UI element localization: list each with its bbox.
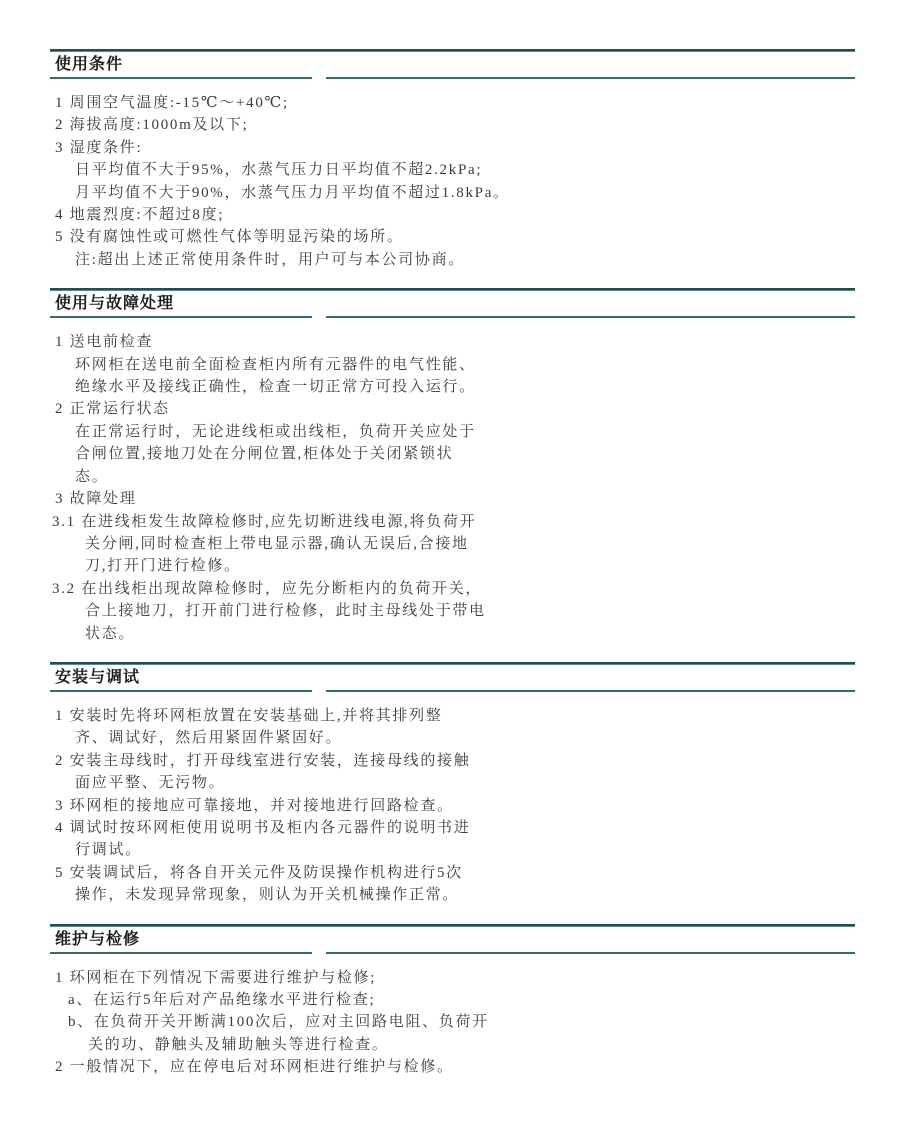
body-line: 3.1 在进线柜发生故障检修时,应先切断进线电源,将负荷开 — [52, 511, 855, 533]
section-title: 使用与故障处理 — [55, 291, 855, 316]
section-title: 使用条件 — [55, 52, 855, 77]
underline-right-segment — [326, 690, 855, 692]
body-line: 合上接地刀，打开前门进行检修，此时主母线处于带电 — [85, 600, 855, 622]
section-3: 安装与调试1 安装时先将环网柜放置在安装基础上,并将其排列整齐、调试好，然后用紧… — [50, 662, 855, 907]
body-line: 刀,打开门进行检修。 — [85, 555, 855, 577]
underline-left-segment — [50, 77, 312, 79]
underline-left-segment — [50, 690, 312, 692]
body-line: 月平均值不大于90%，水蒸气压力月平均值不超过1.8kPa。 — [75, 182, 855, 204]
section-body: 1 安装时先将环网柜放置在安装基础上,并将其排列整齐、调试好，然后用紧固件紧固好… — [55, 705, 855, 907]
body-line: 状态。 — [85, 623, 855, 645]
body-line: 1 安装时先将环网柜放置在安装基础上,并将其排列整 — [55, 705, 855, 727]
section-title: 维护与检修 — [55, 927, 855, 952]
body-line: a、在运行5年后对产品绝缘水平进行检查; — [68, 989, 855, 1011]
section-title-underline — [50, 952, 855, 954]
underline-left-segment — [50, 952, 312, 954]
body-line: 4 调试时按环网柜使用说明书及柜内各元器件的说明书进 — [55, 817, 855, 839]
body-line: 注:超出上述正常使用条件时，用户可与本公司协商。 — [75, 249, 855, 271]
body-line: 3.2 在出线柜出现故障检修时，应先分断柜内的负荷开关， — [52, 578, 855, 600]
underline-gap — [312, 316, 326, 318]
underline-right-segment — [326, 77, 855, 79]
body-line: 操作，未发现异常现象，则认为开关机械操作正常。 — [75, 884, 855, 906]
body-line: 合闸位置,接地刀处在分闸位置,柜体处于关闭紧锁状 — [75, 443, 855, 465]
body-line: 环网柜在送电前全面检查柜内所有元器件的电气性能、 — [75, 354, 855, 376]
body-line: 2 一般情况下，应在停电后对环网柜进行维护与检修。 — [55, 1056, 855, 1078]
underline-left-segment — [50, 316, 312, 318]
body-line: 态。 — [75, 466, 855, 488]
underline-right-segment — [326, 952, 855, 954]
body-line: 日平均值不大于95%，水蒸气压力日平均值不超2.2kPa; — [75, 159, 855, 181]
body-line: 2 安装主母线时，打开母线室进行安装，连接母线的接触 — [55, 750, 855, 772]
section-body: 1 送电前检查环网柜在送电前全面检查柜内所有元器件的电气性能、绝缘水平及接线正确… — [55, 331, 855, 645]
body-line: 关的功、静触头及辅助触头等进行检查。 — [88, 1034, 855, 1056]
section-body: 1 周围空气温度:-15℃～+40℃;2 海拔高度:1000m及以下;3 湿度条… — [55, 92, 855, 271]
body-line: b、在负荷开关开断满100次后，应对主回路电阻、负荷开 — [68, 1011, 855, 1033]
body-line: 面应平整、无污物。 — [75, 772, 855, 794]
body-line: 1 送电前检查 — [55, 331, 855, 353]
body-line: 1 周围空气温度:-15℃～+40℃; — [55, 92, 855, 114]
body-line: 2 海拔高度:1000m及以下; — [55, 114, 855, 136]
body-line: 5 没有腐蚀性或可燃性气体等明显污染的场所。 — [55, 226, 855, 248]
body-line: 3 环网柜的接地应可靠接地，并对接地进行回路检查。 — [55, 795, 855, 817]
body-line: 4 地震烈度:不超过8度; — [55, 204, 855, 226]
document-page: 使用条件1 周围空气温度:-15℃～+40℃;2 海拔高度:1000m及以下;3… — [0, 0, 900, 1134]
body-line: 5 安装调试后，将各自开关元件及防误操作机构进行5次 — [55, 862, 855, 884]
underline-gap — [312, 952, 326, 954]
section-title: 安装与调试 — [55, 665, 855, 690]
underline-right-segment — [326, 316, 855, 318]
body-line: 关分闸,同时检查柜上带电显示器,确认无误后,合接地 — [85, 533, 855, 555]
section-4: 维护与检修1 环网柜在下列情况下需要进行维护与检修;a、在运行5年后对产品绝缘水… — [50, 924, 855, 1079]
section-2: 使用与故障处理1 送电前检查环网柜在送电前全面检查柜内所有元器件的电气性能、绝缘… — [50, 288, 855, 645]
section-title-underline — [50, 77, 855, 79]
body-line: 3 故障处理 — [55, 488, 855, 510]
section-title-underline — [50, 316, 855, 318]
body-line: 绝缘水平及接线正确性，检查一切正常方可投入运行。 — [75, 376, 855, 398]
sections: 使用条件1 周围空气温度:-15℃～+40℃;2 海拔高度:1000m及以下;3… — [50, 49, 855, 1079]
section-1: 使用条件1 周围空气温度:-15℃～+40℃;2 海拔高度:1000m及以下;3… — [50, 49, 855, 271]
section-title-underline — [50, 690, 855, 692]
underline-gap — [312, 77, 326, 79]
underline-gap — [312, 690, 326, 692]
body-line: 1 环网柜在下列情况下需要进行维护与检修; — [55, 967, 855, 989]
body-line: 2 正常运行状态 — [55, 398, 855, 420]
body-line: 齐、调试好，然后用紧固件紧固好。 — [75, 727, 855, 749]
section-body: 1 环网柜在下列情况下需要进行维护与检修;a、在运行5年后对产品绝缘水平进行检查… — [55, 967, 855, 1079]
body-line: 3 湿度条件: — [55, 137, 855, 159]
body-line: 在正常运行时，无论进线柜或出线柜，负荷开关应处于 — [75, 421, 855, 443]
body-line: 行调试。 — [75, 839, 855, 861]
